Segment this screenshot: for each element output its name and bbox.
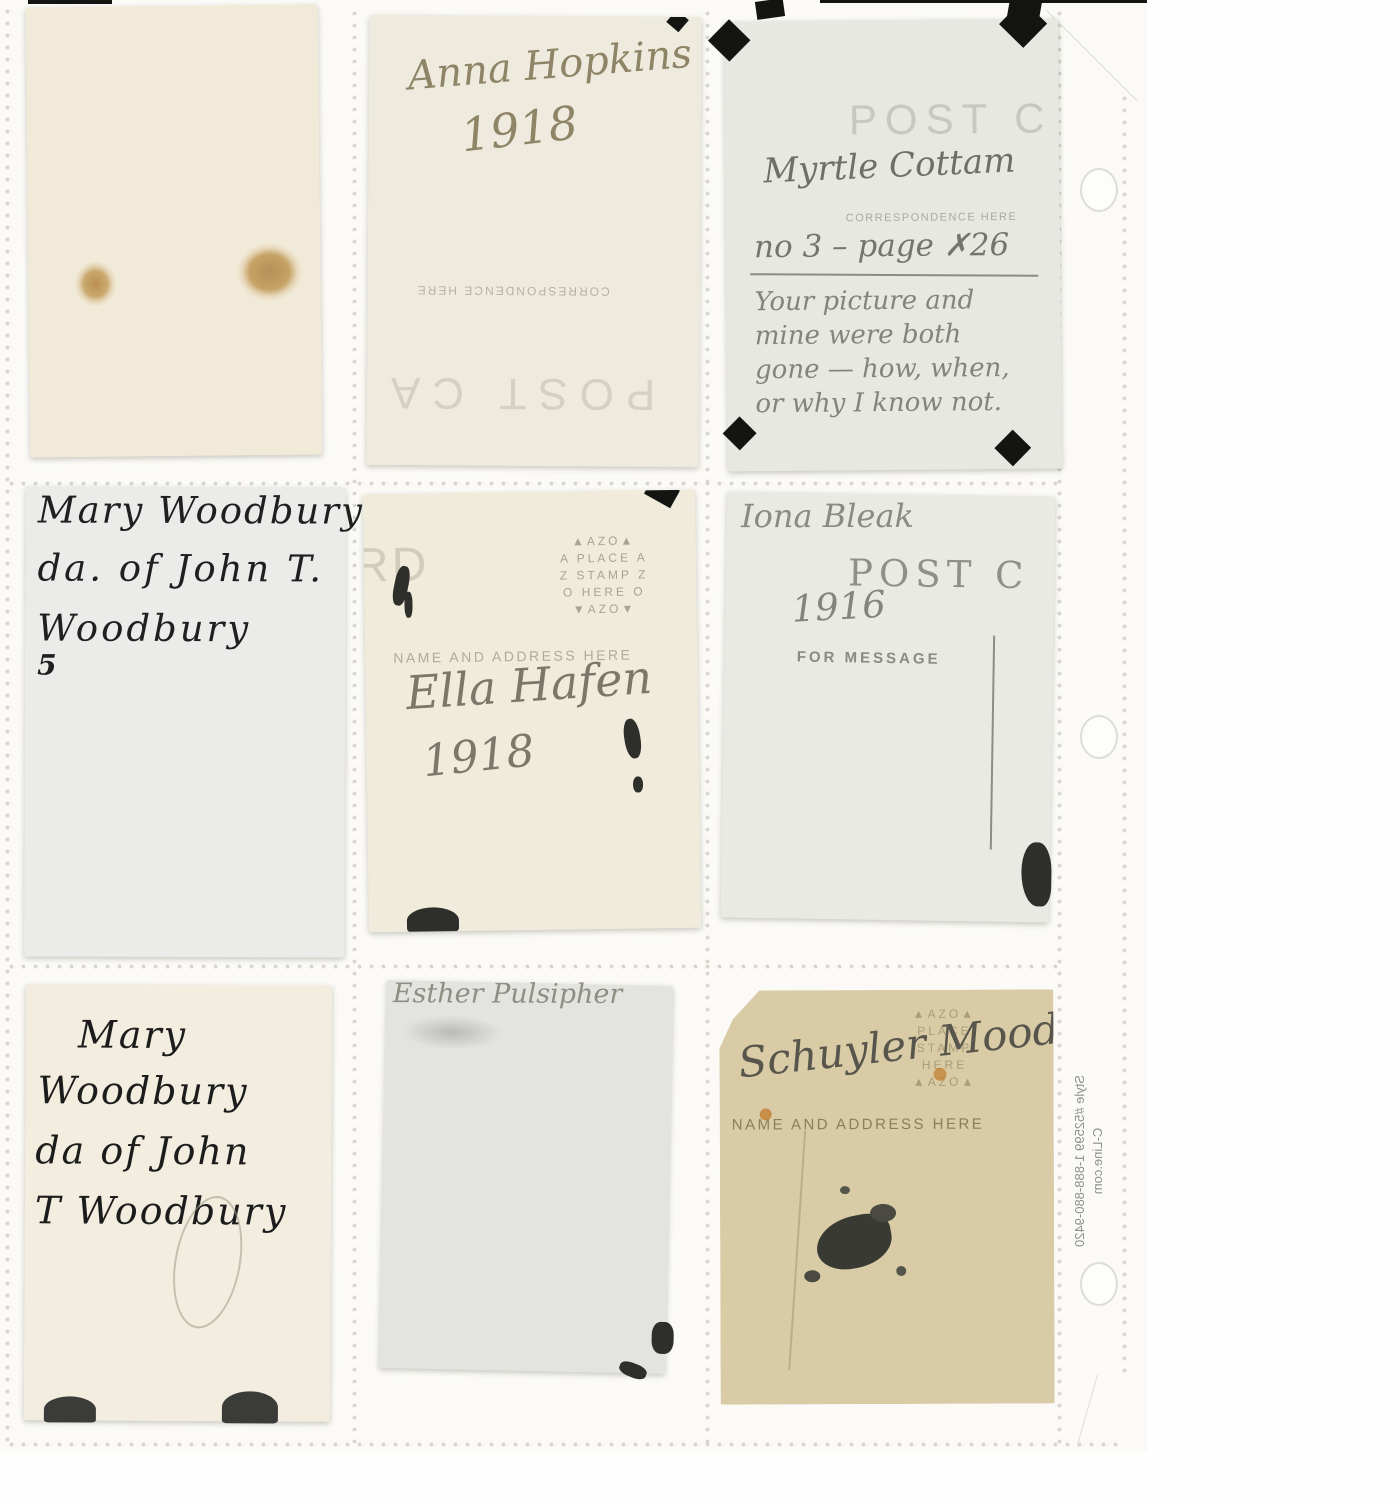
ink-spot [621,718,643,760]
scan-edge-mark-left [28,0,112,4]
dark-blob-bottom-left [44,1396,96,1422]
handwritten-year: 1918 [458,95,581,162]
handwritten-line: da. of John T. [37,546,324,590]
scanned-album-page: Style #52599 1-888-880-9420 C-Line.com A… [0,0,1398,1500]
photo-corner-bottom-left [723,416,757,450]
handwritten-line: T Woodbury [35,1188,288,1233]
handwritten-line: da of John [35,1128,250,1173]
printed-post-card-inverted: POST CA [379,367,656,419]
ink-spot [404,592,412,618]
address-divider-line [990,636,995,850]
dark-blob-bottom-right [222,1391,278,1423]
handwritten-year: 1916 [790,583,886,631]
card-myrtle-cottam: POST C Myrtle Cottam CORRESPONDENCE HERE… [724,19,1062,472]
stamp-box-line: A PLACE A [534,549,674,568]
scan-edge-mark-right [820,0,1147,3]
message-line: gone — how, when, [755,351,1010,387]
handwritten-number: 5 [37,648,57,681]
printed-for-message: FOR MESSAGE [797,649,941,668]
handwritten-underline [750,273,1038,277]
stamp-box-line: O HERE O [534,583,674,602]
stamp-box-line: ▲AZO▲ [534,532,674,551]
handwritten-line: Woodbury [37,1068,248,1113]
handwritten-name: Anna Hopkins [406,31,694,100]
card-mary-woodbury-1: Mary Woodbury da. of John T. Woodbury 5 [24,486,346,957]
stamp-box: ▲AZO▲ A PLACE A Z STAMP Z O HERE O ▼AZO▼ [534,532,675,619]
ink-blob-bottom-right [1021,842,1052,906]
stitch-seam-col1 [351,10,358,1446]
printed-correspondence-here-inverted: CORRESPONDENCE HERE [416,283,610,298]
ink-blob-right-edge [651,1322,674,1354]
handwritten-line: Woodbury [37,606,251,650]
message-line: or why I know not. [755,385,1010,421]
card-blank-stained [26,4,323,457]
message-line: mine were both [755,317,1010,353]
handwritten-name: Myrtle Cottam [763,141,1017,192]
photo-corner-bottom-right [994,430,1031,467]
binder-hole-middle [1080,715,1118,759]
pin-mark [666,15,689,32]
stitch-seam-row2 [8,963,1058,970]
stain-large [236,243,303,302]
stitch-seam-col2 [704,10,711,1446]
stamp-box-line: Z STAMP Z [534,566,674,585]
brand-style-number: Style #52599 1-888-880-9420 [1071,1041,1089,1281]
handwritten-year: 1918 [420,725,537,787]
handwritten-line: Mary Woodbury [38,488,364,532]
rust-speck [934,1068,947,1081]
card-iona-bleak: Iona Bleak POST C 1916 FOR MESSAGE [721,491,1056,922]
printed-correspondence-here: CORRESPONDENCE HERE [846,211,1018,224]
stain-small [74,261,116,307]
photo-corner-top-right [644,490,680,509]
card-schuyler-moody: ▲AZO▲ PLACE STAMP HERE ▲AZO▲ Schuyler Mo… [719,989,1054,1404]
sleeve-brand-imprint: Style #52599 1-888-880-9420 C-Line.com [1071,1041,1109,1281]
pencil-smudge [402,1014,503,1050]
card-esther-pulsipher: Esther Pulsipher [379,980,673,1374]
stitch-seam-bottom [8,1441,1124,1448]
stamp-box-line: ▼AZO▼ [534,600,674,619]
ink-splatter-spot [804,1270,820,1282]
card-mary-woodbury-2: Mary Woodbury da of John T Woodbury [24,984,332,1422]
card-ella-hafen: RD ▲AZO▲ A PLACE A Z STAMP Z O HERE O ▼A… [363,490,701,933]
message-line: Your picture and [754,283,1009,319]
brand-url: C-Line.com [1089,1041,1107,1281]
handwritten-name: Esther Pulsipher [393,978,623,1010]
crease-line [788,1131,806,1371]
stitch-seam-left [4,8,11,1446]
handwritten-line: Mary [78,1012,187,1057]
ink-splatter-spot [870,1204,896,1222]
ink-splatter-spot [896,1266,906,1276]
ink-splatter-spot [840,1186,850,1194]
stitch-seam-binding [1121,95,1128,1380]
card-anna-hopkins: Anna Hopkins 1918 CORRESPONDENCE HERE PO… [366,15,701,467]
binder-hole-top [1080,168,1118,212]
handwritten-name: Iona Bleak [741,497,914,535]
rust-speck [760,1108,772,1120]
ink-spot [633,776,643,792]
printed-post-card: POST C [849,95,1053,145]
handwritten-page-ref: no 3 – page ✗26 [754,227,1010,265]
ink-blob-bottom [407,907,459,932]
